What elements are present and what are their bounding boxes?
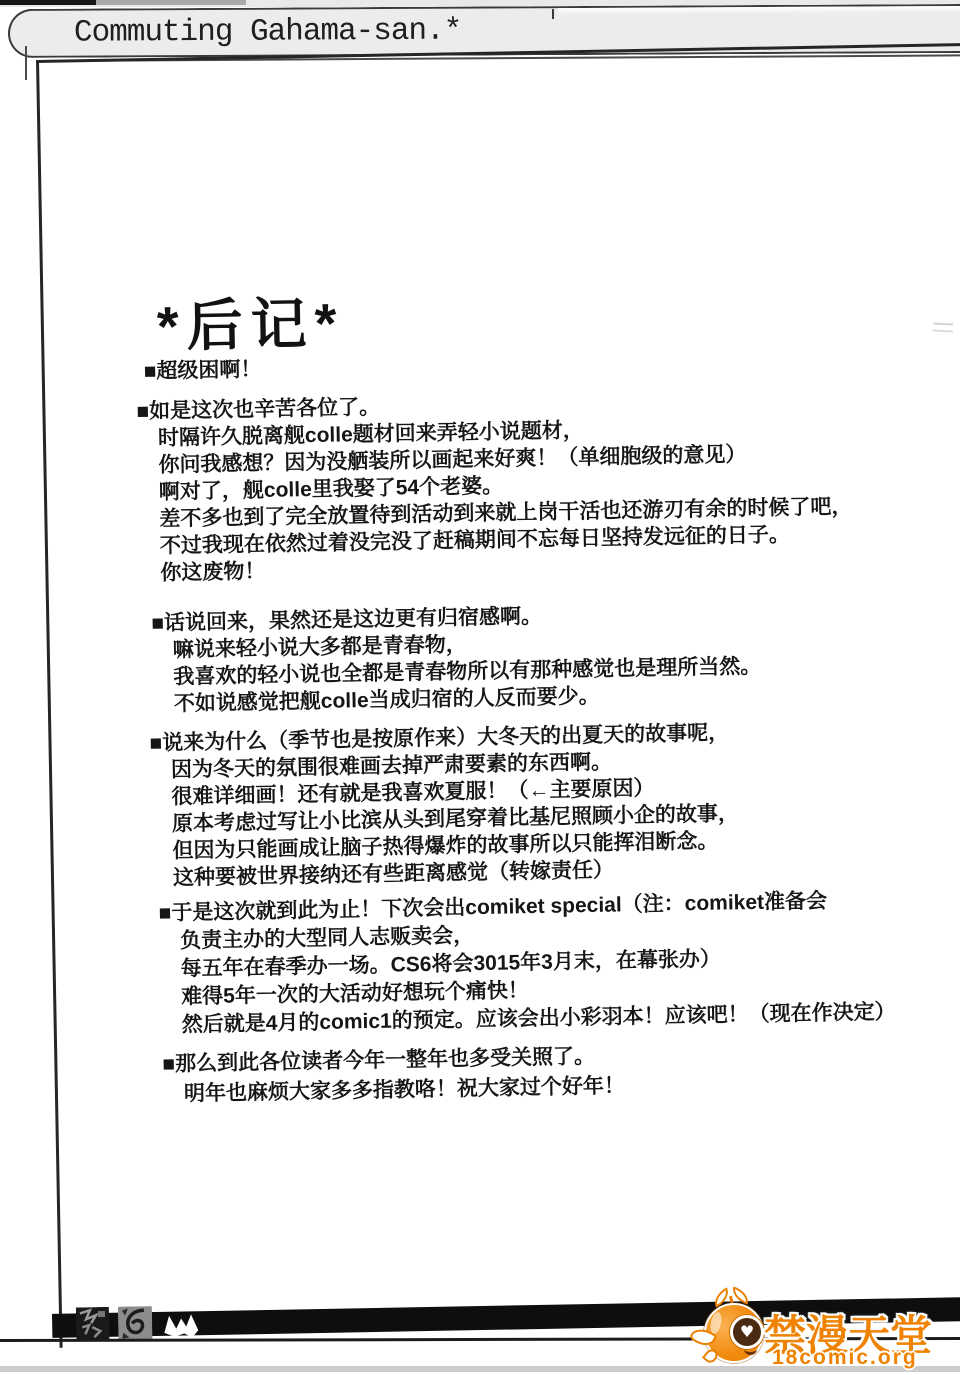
header-border-tick [552, 9, 554, 19]
mascot-icon: ♥ [704, 1303, 764, 1363]
chapter-title: Commuting Gahama-san.* [10, 14, 461, 51]
afterword-paragraph-3: ■说来为什么（季节也是按原作来）大冬天的出夏天的故事呢， 因为冬天的氛围很难画去… [149, 719, 740, 892]
afterword-title: *后记* [156, 279, 345, 362]
scan-edge-mark-gray [96, 0, 246, 5]
artist-seal-icon-2 [118, 1306, 153, 1341]
artist-seal-icon-1 [76, 1307, 110, 1342]
zigzag-mark-icon [162, 1312, 200, 1339]
header-page-connector [25, 46, 27, 80]
scan-edge-mark-dark [0, 0, 96, 5]
paragraph-line: ■超级困啊！ [143, 356, 261, 385]
afterword-intro: ■超级困啊！ [143, 356, 261, 385]
afterword-paragraph-2: ■话说回来，果然还是这边更有归宿感啊。 嘛说来轻小说大多都是青春物， 我喜欢的轻… [151, 599, 762, 718]
afterword-paragraph-1: ■如是这次也辛苦各位了。 时隔许久脱离舰colle题材回来弄轻小说题材， 你问我… [136, 385, 853, 587]
heart-icon: ♥ [740, 1324, 754, 1340]
site-watermark: ♥ 禁漫天堂 18comic.org [690, 1276, 952, 1375]
watermark-site-url: 18comic.org [772, 1346, 918, 1370]
manga-page: *后记* ■超级困啊！ ■如是这次也辛苦各位了。 时隔许久脱离舰colle题材回… [36, 41, 960, 1347]
afterword-paragraph-4: ■于是这次就到此为止！下次会出comiket special（注：comiket… [158, 886, 896, 1039]
mascot-mouth [744, 1343, 757, 1355]
afterword-paragraph-5: ■那么到此各位读者今年一整年也多受关照了。 明年也麻烦大家多多指教咯！祝大家过个… [162, 1041, 625, 1109]
